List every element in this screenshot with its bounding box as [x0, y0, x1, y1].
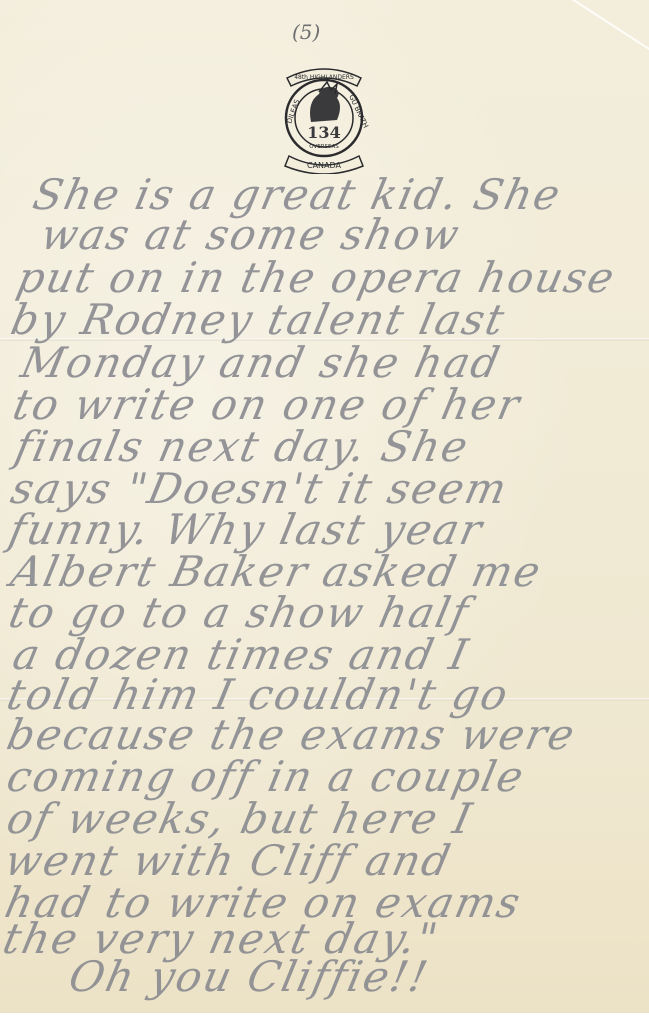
regimental-crest-icon: 48th HIGHLANDERS DILEAS GU BRATH 134 OVE… — [279, 62, 369, 174]
text-line: was at some show — [37, 210, 465, 259]
text-line: by Rodney talent last — [7, 295, 511, 344]
page-number: (5) — [292, 20, 320, 44]
letter-page: (5) 48th HIGHLANDERS DILEAS GU BRATH 134… — [0, 0, 649, 1013]
text-line: Oh you Cliffie!! — [65, 952, 434, 1001]
crest-bottom-text: CANADA — [307, 161, 342, 170]
crest-overseas: OVERSEAS — [309, 144, 339, 150]
paper-crease — [559, 0, 649, 68]
crest-number: 134 — [307, 123, 340, 142]
